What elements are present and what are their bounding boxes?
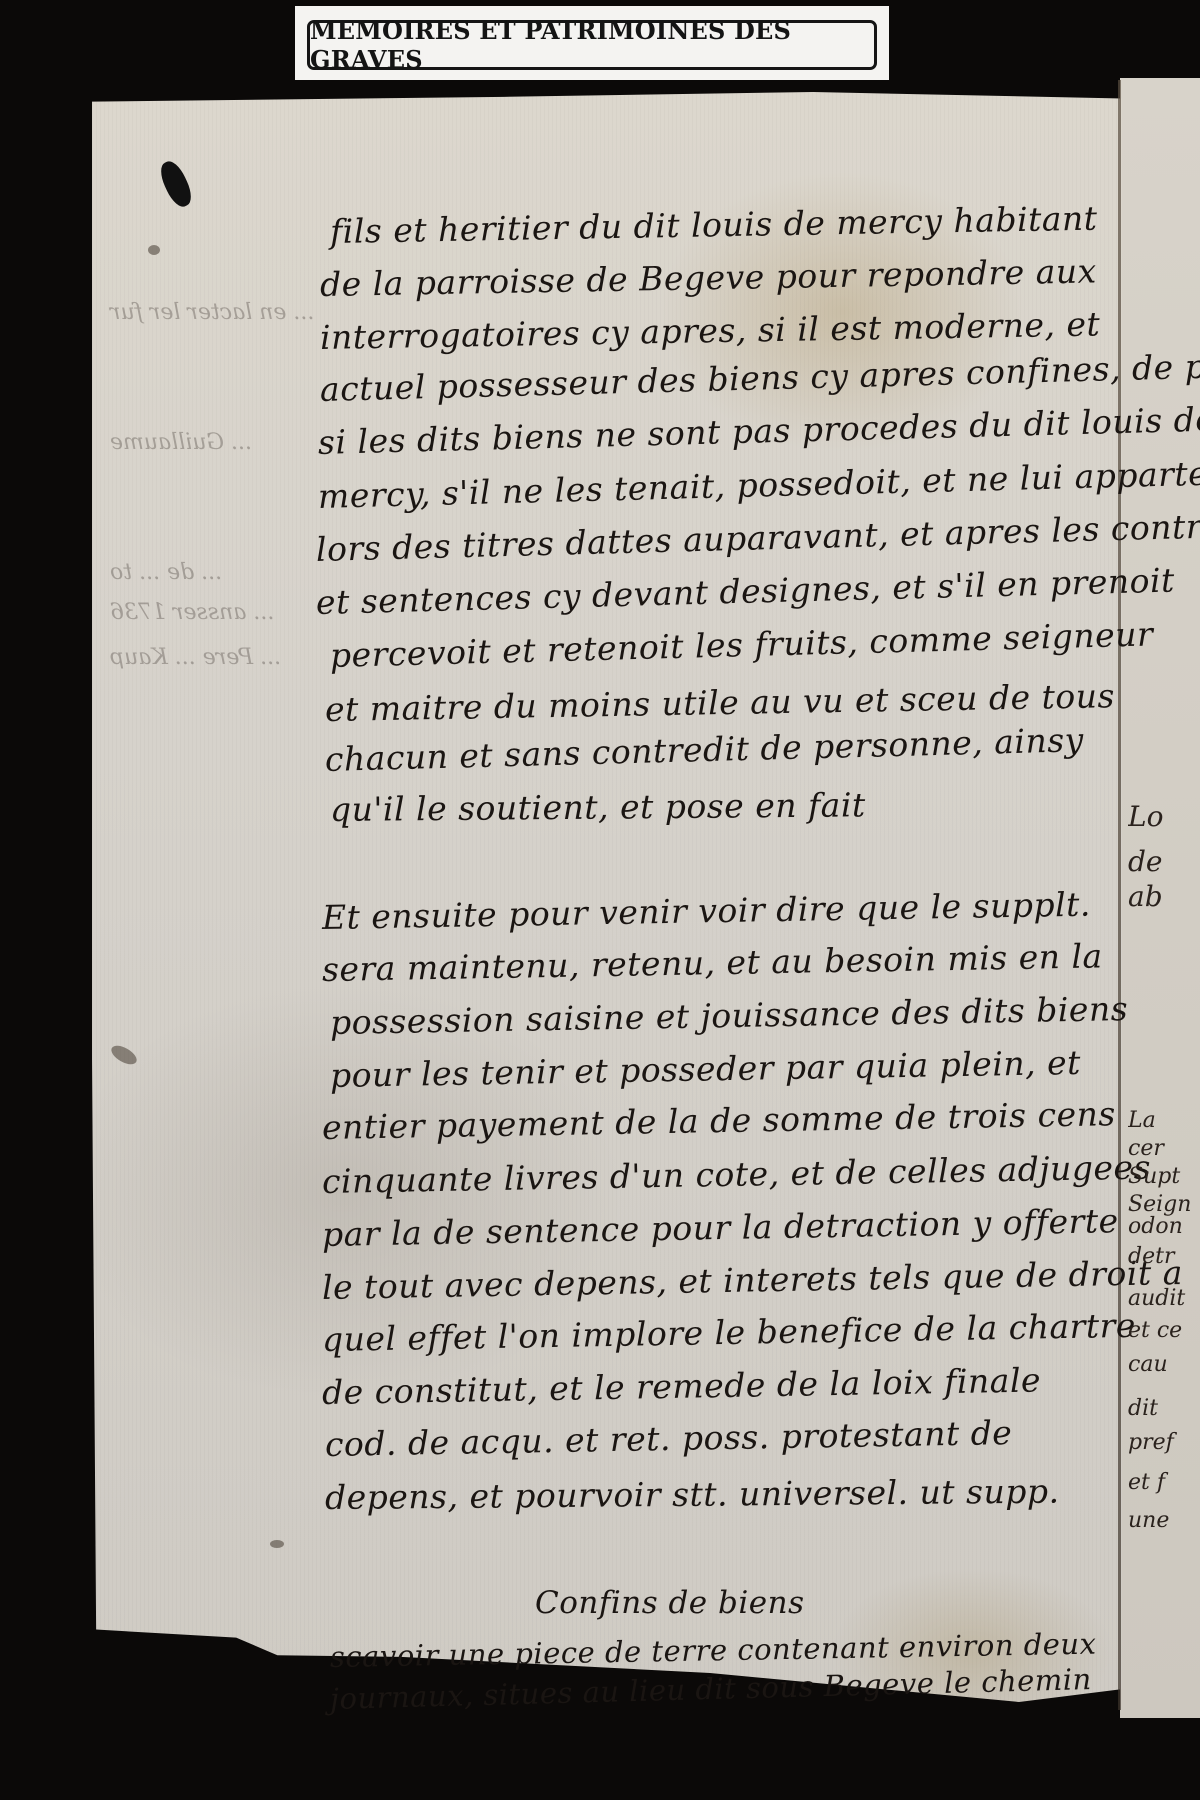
manuscript-line: chacun et sans contredit de personne, ai… xyxy=(324,720,1084,779)
right-page-fragment: detr xyxy=(1128,1244,1200,1269)
section-heading-confins: Confins de biens xyxy=(535,1585,805,1621)
manuscript-line: cod. de acqu. et ret. poss. protestant d… xyxy=(325,1413,1013,1464)
manuscript-line: et sentences cy devant designes, et s'il… xyxy=(315,561,1175,622)
right-page-fragment: et ce xyxy=(1128,1318,1200,1343)
manuscript-line: sera maintenu, retenu, et au besoin mis … xyxy=(322,936,1103,989)
bleedthrough-text: ... Guillaume xyxy=(110,430,252,455)
manuscript-line: interrogatoires cy apres, si il est mode… xyxy=(320,304,1101,357)
bleedthrough-text: ... de ... to xyxy=(110,560,222,585)
manuscript-line: depens, et pourvoir stt. universel. ut s… xyxy=(325,1472,1060,1517)
manuscript-line: quel effet l'on implore le benefice de l… xyxy=(322,1306,1137,1359)
right-page-fragment: audit xyxy=(1128,1286,1200,1311)
right-page-fragment: Supt xyxy=(1128,1164,1200,1189)
right-page-fragment: de xyxy=(1128,845,1200,878)
manuscript-line: si les dits biens ne sont pas procedes d… xyxy=(317,400,1200,462)
right-page-fragment: odon xyxy=(1128,1214,1200,1239)
manuscript-line: pour les tenir et posseder par quia plei… xyxy=(330,1043,1081,1095)
document-photograph: MEMOIRES ET PATRIMOINES DES GRAVES ... e… xyxy=(0,0,1200,1800)
right-page-fragment: une xyxy=(1128,1508,1200,1533)
handwritten-text: ... en lacter ler fur ... Guillaume ... … xyxy=(0,0,1200,1800)
manuscript-line: Et ensuite pour venir voir dire que le s… xyxy=(322,885,1091,937)
bleedthrough-text: ... ansser 1736 xyxy=(110,600,274,625)
manuscript-line: cinquante livres d'un cote, et de celles… xyxy=(322,1148,1152,1201)
bleedthrough-text: ... Pere ... Kaup xyxy=(110,645,281,670)
manuscript-line: actuel possesseur des biens cy apres con… xyxy=(319,345,1200,409)
manuscript-line: fils et heritier du dit louis de mercy h… xyxy=(330,199,1098,251)
right-page-fragment: cau xyxy=(1128,1352,1200,1377)
manuscript-line: qu'il le soutient, et pose en fait xyxy=(330,785,866,829)
manuscript-line: de la parroisse de Begeve pour repondre … xyxy=(320,251,1097,304)
bleedthrough-text: ... en lacter ler fur xyxy=(110,300,314,325)
right-page-fragment: ab xyxy=(1128,880,1200,913)
manuscript-line: percevoit et retenoit les fruits, comme … xyxy=(329,614,1153,675)
manuscript-line: lors des titres dattes auparavant, et ap… xyxy=(315,505,1200,569)
manuscript-line: possession saisine et jouissance des dit… xyxy=(330,989,1129,1042)
manuscript-line: de constitut, et le remede de la loix fi… xyxy=(322,1360,1042,1412)
right-page-fragment: pref xyxy=(1128,1430,1200,1455)
right-page-fragment: cer xyxy=(1128,1136,1200,1161)
manuscript-line: mercy, s'il ne les tenait, possedoit, et… xyxy=(317,452,1200,516)
right-page-fragment: Lo xyxy=(1128,800,1200,833)
manuscript-line: par la de sentence pour la detraction y … xyxy=(322,1201,1119,1254)
manuscript-line: le tout avec depens, et interets tels qu… xyxy=(322,1253,1183,1307)
right-page-fragment: et f xyxy=(1128,1470,1200,1495)
manuscript-line: entier payement de la de somme de trois … xyxy=(322,1094,1116,1147)
right-page-fragment: La xyxy=(1128,1108,1200,1133)
right-page-fragment: dit xyxy=(1128,1396,1200,1421)
manuscript-line: et maitre du moins utile au vu et sceu d… xyxy=(325,676,1116,729)
